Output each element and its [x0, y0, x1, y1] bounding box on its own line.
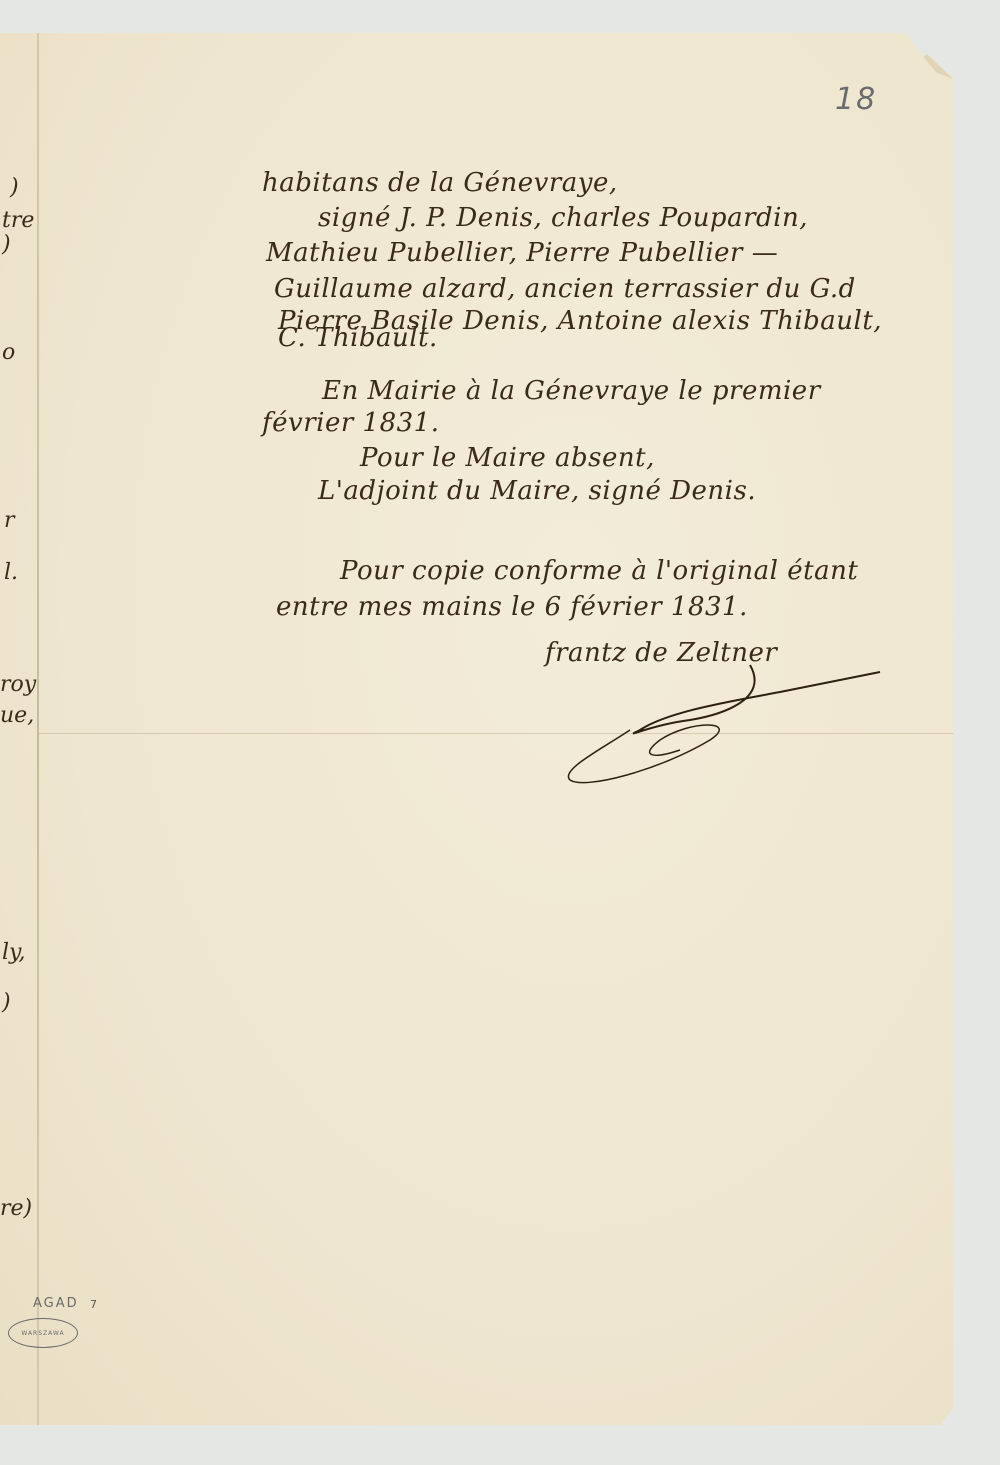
left-page-fragment: tre	[2, 208, 34, 233]
left-page-fragment: roy	[0, 672, 36, 697]
stamp-agad-text: AGAD	[33, 1296, 79, 1311]
text-line: entre mes mains le 6 février 1831.	[276, 594, 748, 620]
text-line: février 1831.	[262, 410, 439, 436]
text-line: En Mairie à la Génevraye le premier	[322, 378, 821, 404]
signature-flourish-icon	[540, 660, 890, 790]
text-line: Pour le Maire absent,	[360, 445, 655, 471]
left-page-fragment: ue,	[0, 703, 34, 728]
text-line: C. Thibault.	[278, 325, 438, 351]
stamp-oval-text: WARSZAWA	[21, 1330, 64, 1337]
left-page-fragment: ly,	[2, 940, 26, 965]
vertical-fold-crease	[37, 33, 39, 1425]
text-line: Pour copie conforme à l'original étant	[340, 558, 858, 584]
text-line: Mathieu Pubellier, Pierre Pubellier —	[266, 240, 778, 266]
left-page-fragment: )	[10, 175, 19, 200]
left-page-fragment: r	[4, 508, 15, 533]
text-line: signé J. P. Denis, charles Poupardin,	[318, 205, 808, 231]
stamp-oval: WARSZAWA	[8, 1318, 78, 1348]
left-page-fragment: )	[2, 990, 11, 1015]
left-page-fragment: l.	[4, 560, 18, 585]
left-page-fragment: )	[2, 232, 11, 257]
left-page-fragment: re)	[0, 1196, 32, 1221]
text-line: L'adjoint du Maire, signé Denis.	[318, 478, 756, 504]
stamp-mark: 7	[90, 1298, 97, 1311]
text-line: habitans de la Génevraye,	[262, 170, 618, 196]
text-line: Guillaume alzard, ancien terrassier du G…	[274, 276, 856, 302]
archive-stamp: AGAD WARSZAWA	[8, 1296, 88, 1356]
left-page-fragment: o	[2, 340, 15, 365]
page-number: 18	[835, 82, 877, 117]
